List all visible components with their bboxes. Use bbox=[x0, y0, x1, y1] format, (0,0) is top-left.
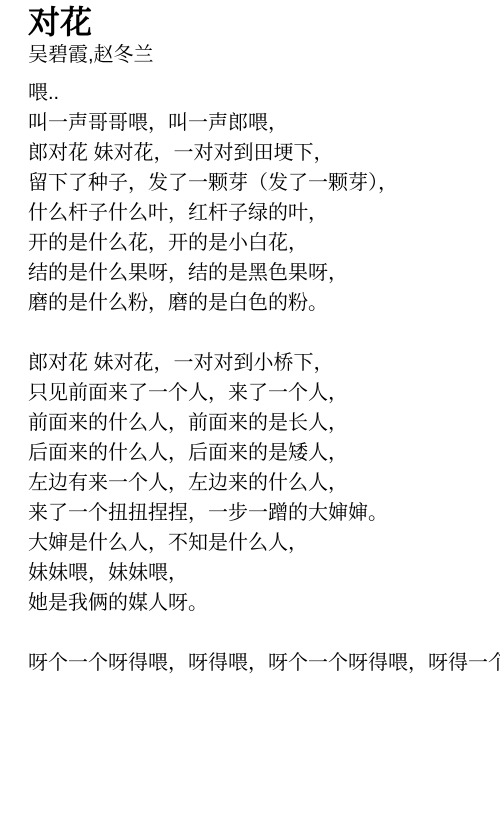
lyric-line-blank bbox=[28, 618, 500, 648]
lyric-line: 左边有来一个人，左边来的什么人， bbox=[28, 468, 500, 498]
lyric-line: 什么杆子什么叶，红杆子绿的叶， bbox=[28, 198, 500, 228]
lyric-line: 喂.. bbox=[28, 78, 500, 108]
lyrics-page: 对花 吴碧霞,赵冬兰 喂.. 叫一声哥哥喂，叫一声郎喂， 郎对花 妹对花，一对对… bbox=[0, 0, 500, 820]
lyric-line: 来了一个扭扭捏捏，一步一蹭的大婶婶。 bbox=[28, 498, 500, 528]
lyric-line: 只见前面来了一个人，来了一个人， bbox=[28, 378, 500, 408]
lyric-line: 后面来的什么人，后面来的是矮人， bbox=[28, 438, 500, 468]
lyric-line: 她是我俩的媒人呀。 bbox=[28, 588, 500, 618]
lyric-line: 结的是什么果呀，结的是黑色果呀， bbox=[28, 258, 500, 288]
lyric-line: 大婶是什么人，不知是什么人， bbox=[28, 528, 500, 558]
lyric-line: 呀个一个呀得喂，呀得喂，呀个一个呀得喂，呀得一个 bbox=[28, 648, 500, 678]
artist-names: 吴碧霞,赵冬兰 bbox=[28, 42, 500, 68]
page-title: 对花 bbox=[28, 0, 500, 42]
lyric-line: 留下了种子，发了一颗芽（发了一颗芽）， bbox=[28, 168, 500, 198]
lyric-line: 开的是什么花，开的是小白花， bbox=[28, 228, 500, 258]
lyric-line-blank bbox=[28, 318, 500, 348]
lyric-line: 郎对花 妹对花，一对对到小桥下， bbox=[28, 348, 500, 378]
lyric-line: 叫一声哥哥喂，叫一声郎喂， bbox=[28, 108, 500, 138]
lyric-line: 前面来的什么人，前面来的是长人， bbox=[28, 408, 500, 438]
lyric-line: 郎对花 妹对花，一对对到田埂下， bbox=[28, 138, 500, 168]
lyrics-body: 喂.. 叫一声哥哥喂，叫一声郎喂， 郎对花 妹对花，一对对到田埂下， 留下了种子… bbox=[28, 78, 500, 678]
lyric-line: 磨的是什么粉，磨的是白色的粉。 bbox=[28, 288, 500, 318]
lyric-line: 妹妹喂，妹妹喂， bbox=[28, 558, 500, 588]
